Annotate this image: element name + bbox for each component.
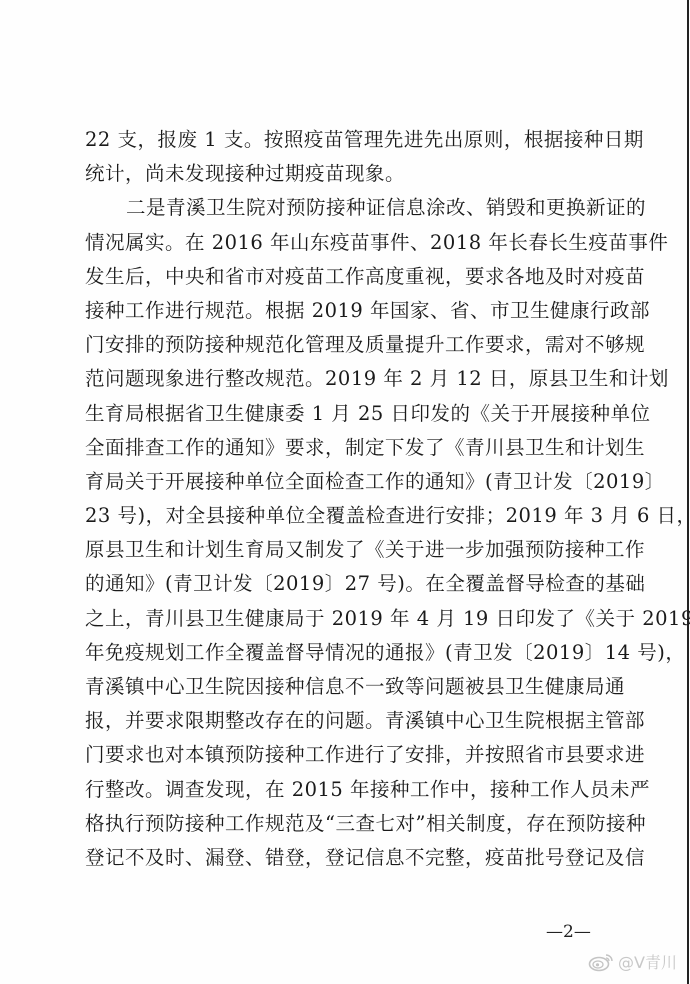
text-line: 22 支，报废 1 支。按照疫苗管理先进先出原则，根据接种日期 [85,123,607,157]
text-line: 门要求也对本镇预防接种工作进行了安排，并按照省市县要求进 [85,738,607,772]
text-line: 青溪镇中心卫生院因接种信息不一致等问题被县卫生健康局通 [85,670,607,704]
text-line: 统计，尚未发现接种过期疫苗现象。 [85,157,607,191]
text-line: 登记不及时、漏登、错登，登记信息不完整，疫苗批号登记及信 [85,841,607,875]
text-line: 门安排的预防接种规范化管理及质量提升工作要求，需对不够规 [85,328,607,362]
text-line: 情况属实。在 2016 年山东疫苗事件、2018 年长春长生疫苗事件 [85,226,607,260]
text-line: 育局关于开展接种单位全面检查工作的通知》(青卫计发〔2019〕 [85,465,607,499]
weibo-watermark: @V青川 [588,950,677,973]
text-line: 报，并要求限期整改存在的问题。青溪镇中心卫生院根据主管部 [85,704,607,738]
paragraph-start-line: 二是青溪卫生院对预防接种证信息涂改、销毁和更换新证的 [85,191,607,225]
text-line: 的通知》(青卫计发〔2019〕27 号)。在全覆盖督导检查的基础 [85,567,607,601]
text-line: 年免疫规划工作全覆盖督导情况的通报》(青卫发〔2019〕14 号)， [85,636,607,670]
watermark-text: @V青川 [618,950,677,973]
text-line: 范问题现象进行整改规范。2019 年 2 月 12 日，原县卫生和计划 [85,362,607,396]
text-line: 接种工作进行规范。根据 2019 年国家、省、市卫生健康行政部 [85,294,607,328]
text-line: 23 号)，对全县接种单位全覆盖检查进行安排；2019 年 3 月 6 日， [85,499,607,533]
page-edge-divider [687,0,689,984]
text-line: 原县卫生和计划生育局又制发了《关于进一步加强预防接种工作 [85,533,607,567]
document-body: 22 支，报废 1 支。按照疫苗管理先进先出原则，根据接种日期 统计，尚未发现接… [85,123,607,875]
text-line: 行整改。调查发现，在 2015 年接种工作中，接种工作人员未严 [85,773,607,807]
text-line: 全面排查工作的通知》要求，制定下发了《青川县卫生和计划生 [85,431,607,465]
text-line: 发生后，中央和省市对疫苗工作高度重视，要求各地及时对疫苗 [85,260,607,294]
text-line: 生育局根据省卫生健康委 1 月 25 日印发的《关于开展接种单位 [85,397,607,431]
text-line: 之上，青川县卫生健康局于 2019 年 4 月 19 日印发了《关于 2019 [85,602,607,636]
document-page: 22 支，报废 1 支。按照疫苗管理先进先出原则，根据接种日期 统计，尚未发现接… [0,0,690,984]
text-line: 格执行预防接种工作规范及“三查七对”相关制度，存在预防接种 [85,807,607,841]
page-number: —2— [546,922,591,942]
weibo-icon [588,952,614,972]
